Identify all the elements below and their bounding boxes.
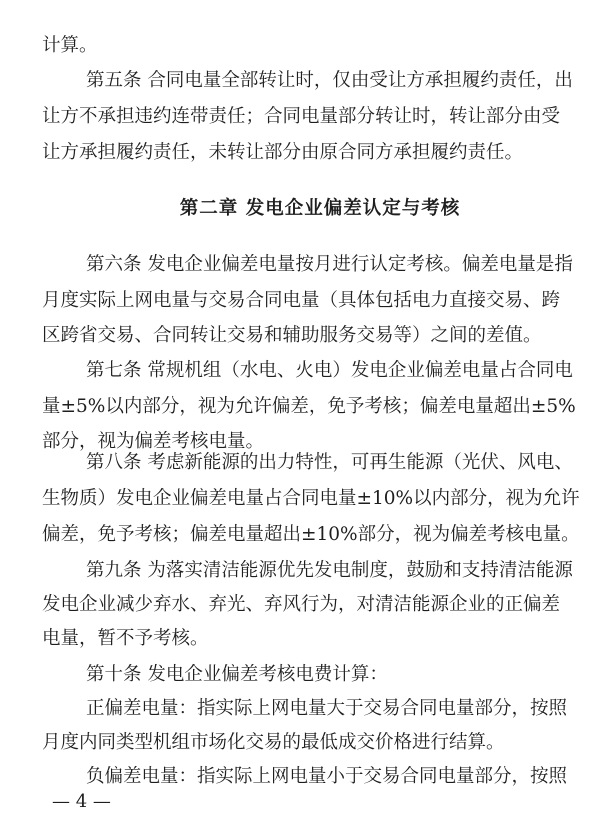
article-6-line-2: 月度实际上网电量与交易合同电量（具体包括电力直接交易、跨 (42, 288, 560, 314)
article-5-line-2: 让方不承担违约连带责任；合同电量部分转让时，转让部分由受 (42, 104, 560, 130)
article-7-line-1: 第七条 常规机组（水电、火电）发电企业偏差电量占合同电 (42, 358, 560, 384)
article-8-line-2: 生物质）发电企业偏差电量占合同电量±10%以内部分，视为允许 (42, 486, 560, 512)
article-8-line-3: 偏差，免予考核；偏差电量超出±10%部分，视为偏差考核电量。 (42, 522, 560, 548)
article-7-line-2: 量±5%以内部分，视为允许偏差，免予考核；偏差电量超出±5% (42, 394, 560, 420)
article-5-line-1: 第五条 合同电量全部转让时，仅由受让方承担履约责任，出 (42, 68, 560, 94)
article-9-line-1: 第九条 为落实清洁能源优先发电制度，鼓励和支持清洁能源 (42, 558, 560, 584)
negative-deviation-line-1: 负偏差电量：指实际上网电量小于交易合同电量部分，按照 (42, 764, 560, 790)
article-6-line-3: 区跨省交易、合同转让交易和辅助服务交易等）之间的差值。 (42, 323, 560, 349)
article-10-line-1: 第十条 发电企业偏差考核电费计算： (42, 662, 560, 688)
positive-deviation-line-1: 正偏差电量：指实际上网电量大于交易合同电量部分，按照 (42, 696, 560, 722)
article-8-line-1: 第八条 考虑新能源的出力特性，可再生能源（光伏、风电、 (42, 450, 560, 476)
article-5-line-3: 让方承担履约责任，未转让部分由原合同方承担履约责任。 (42, 140, 560, 166)
article-9-line-2: 发电企业减少弃水、弃光、弃风行为，对清洁能源企业的正偏差 (42, 592, 560, 618)
article-6-line-1: 第六条 发电企业偏差电量按月进行认定考核。偏差电量是指 (42, 252, 560, 278)
text-line: 计算。 (42, 33, 560, 59)
article-9-line-3: 电量，暂不予考核。 (42, 626, 560, 652)
page-number: — 4 — (52, 792, 111, 812)
positive-deviation-line-2: 月度内同类型机组市场化交易的最低成交价格进行结算。 (42, 730, 560, 756)
chapter-title: 第二章 发电企业偏差认定与考核 (42, 196, 560, 222)
